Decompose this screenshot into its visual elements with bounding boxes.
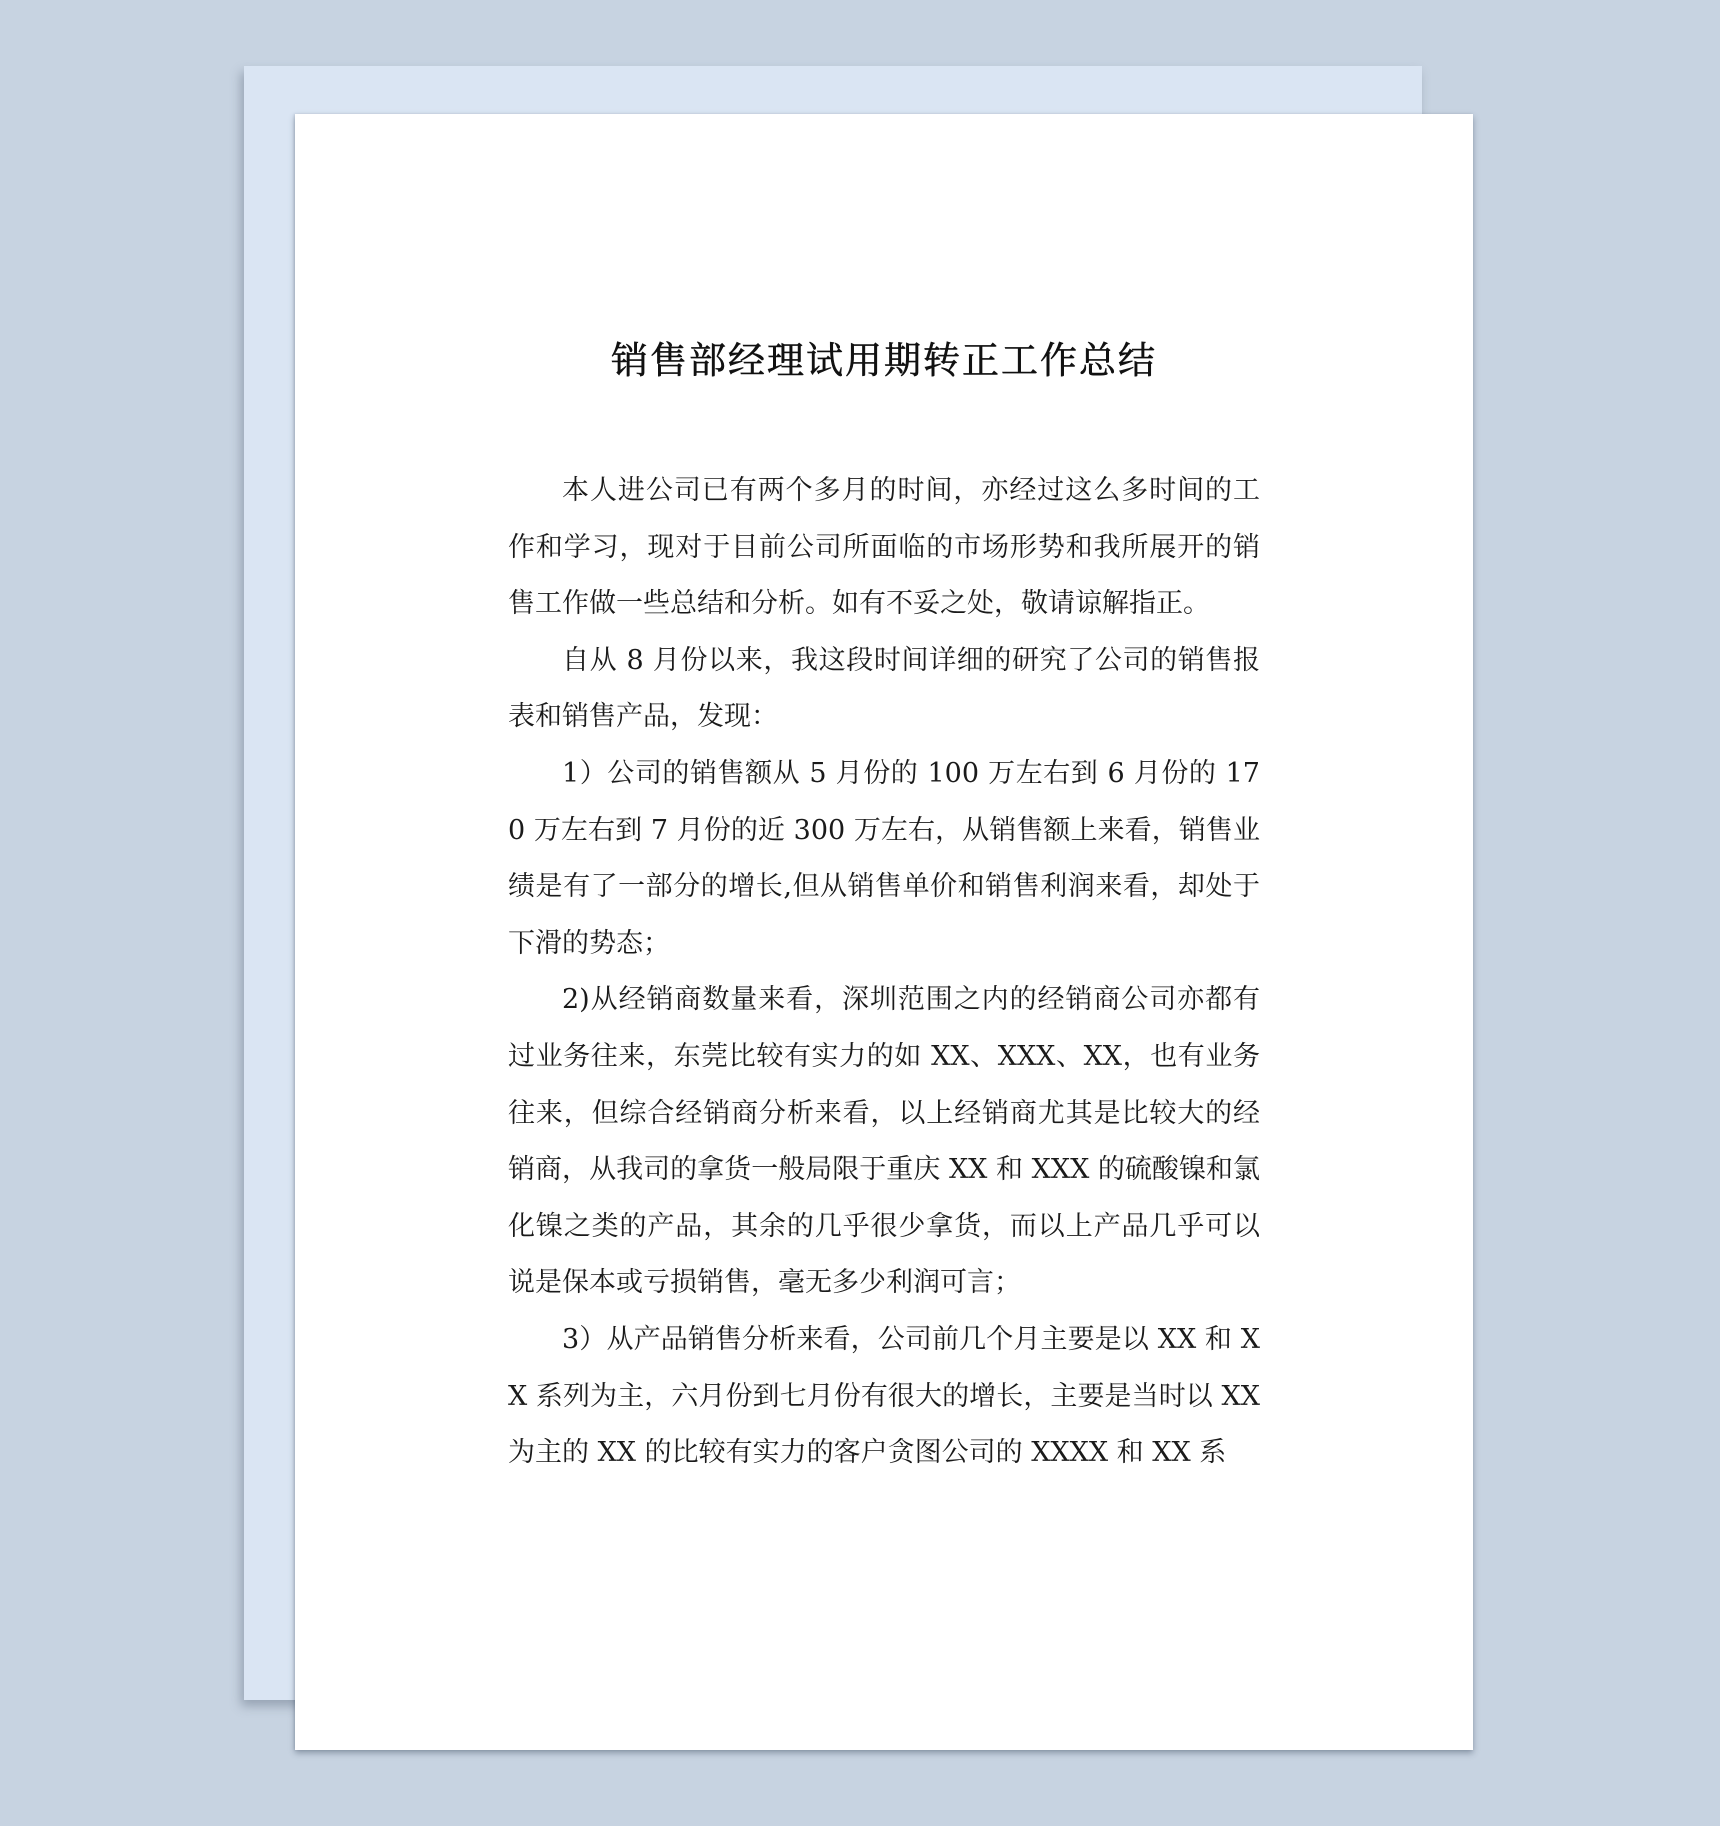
document-body: 本人进公司已有两个多月的时间，亦经过这么多时间的工作和学习，现对于目前公司所面临… xyxy=(508,463,1260,1482)
document-page: 销售部经理试用期转正工作总结 本人进公司已有两个多月的时间，亦经过这么多时间的工… xyxy=(295,114,1473,1750)
document-title: 销售部经理试用期转正工作总结 xyxy=(295,336,1473,386)
paragraph-findings-intro: 自从 8 月份以来，我这段时间详细的研究了公司的销售报表和销售产品，发现： xyxy=(508,633,1260,746)
paragraph-intro: 本人进公司已有两个多月的时间，亦经过这么多时间的工作和学习，现对于目前公司所面临… xyxy=(508,463,1260,633)
paragraph-finding-1: 1）公司的销售额从 5 月份的 100 万左右到 6 月份的 170 万左右到 … xyxy=(508,746,1260,972)
paragraph-finding-3: 3）从产品销售分析来看，公司前几个月主要是以 XX 和 XX 系列为主，六月份到… xyxy=(508,1312,1260,1482)
paragraph-finding-2: 2)从经销商数量来看，深圳范围之内的经销商公司亦都有过业务往来，东莞比较有实力的… xyxy=(508,972,1260,1312)
